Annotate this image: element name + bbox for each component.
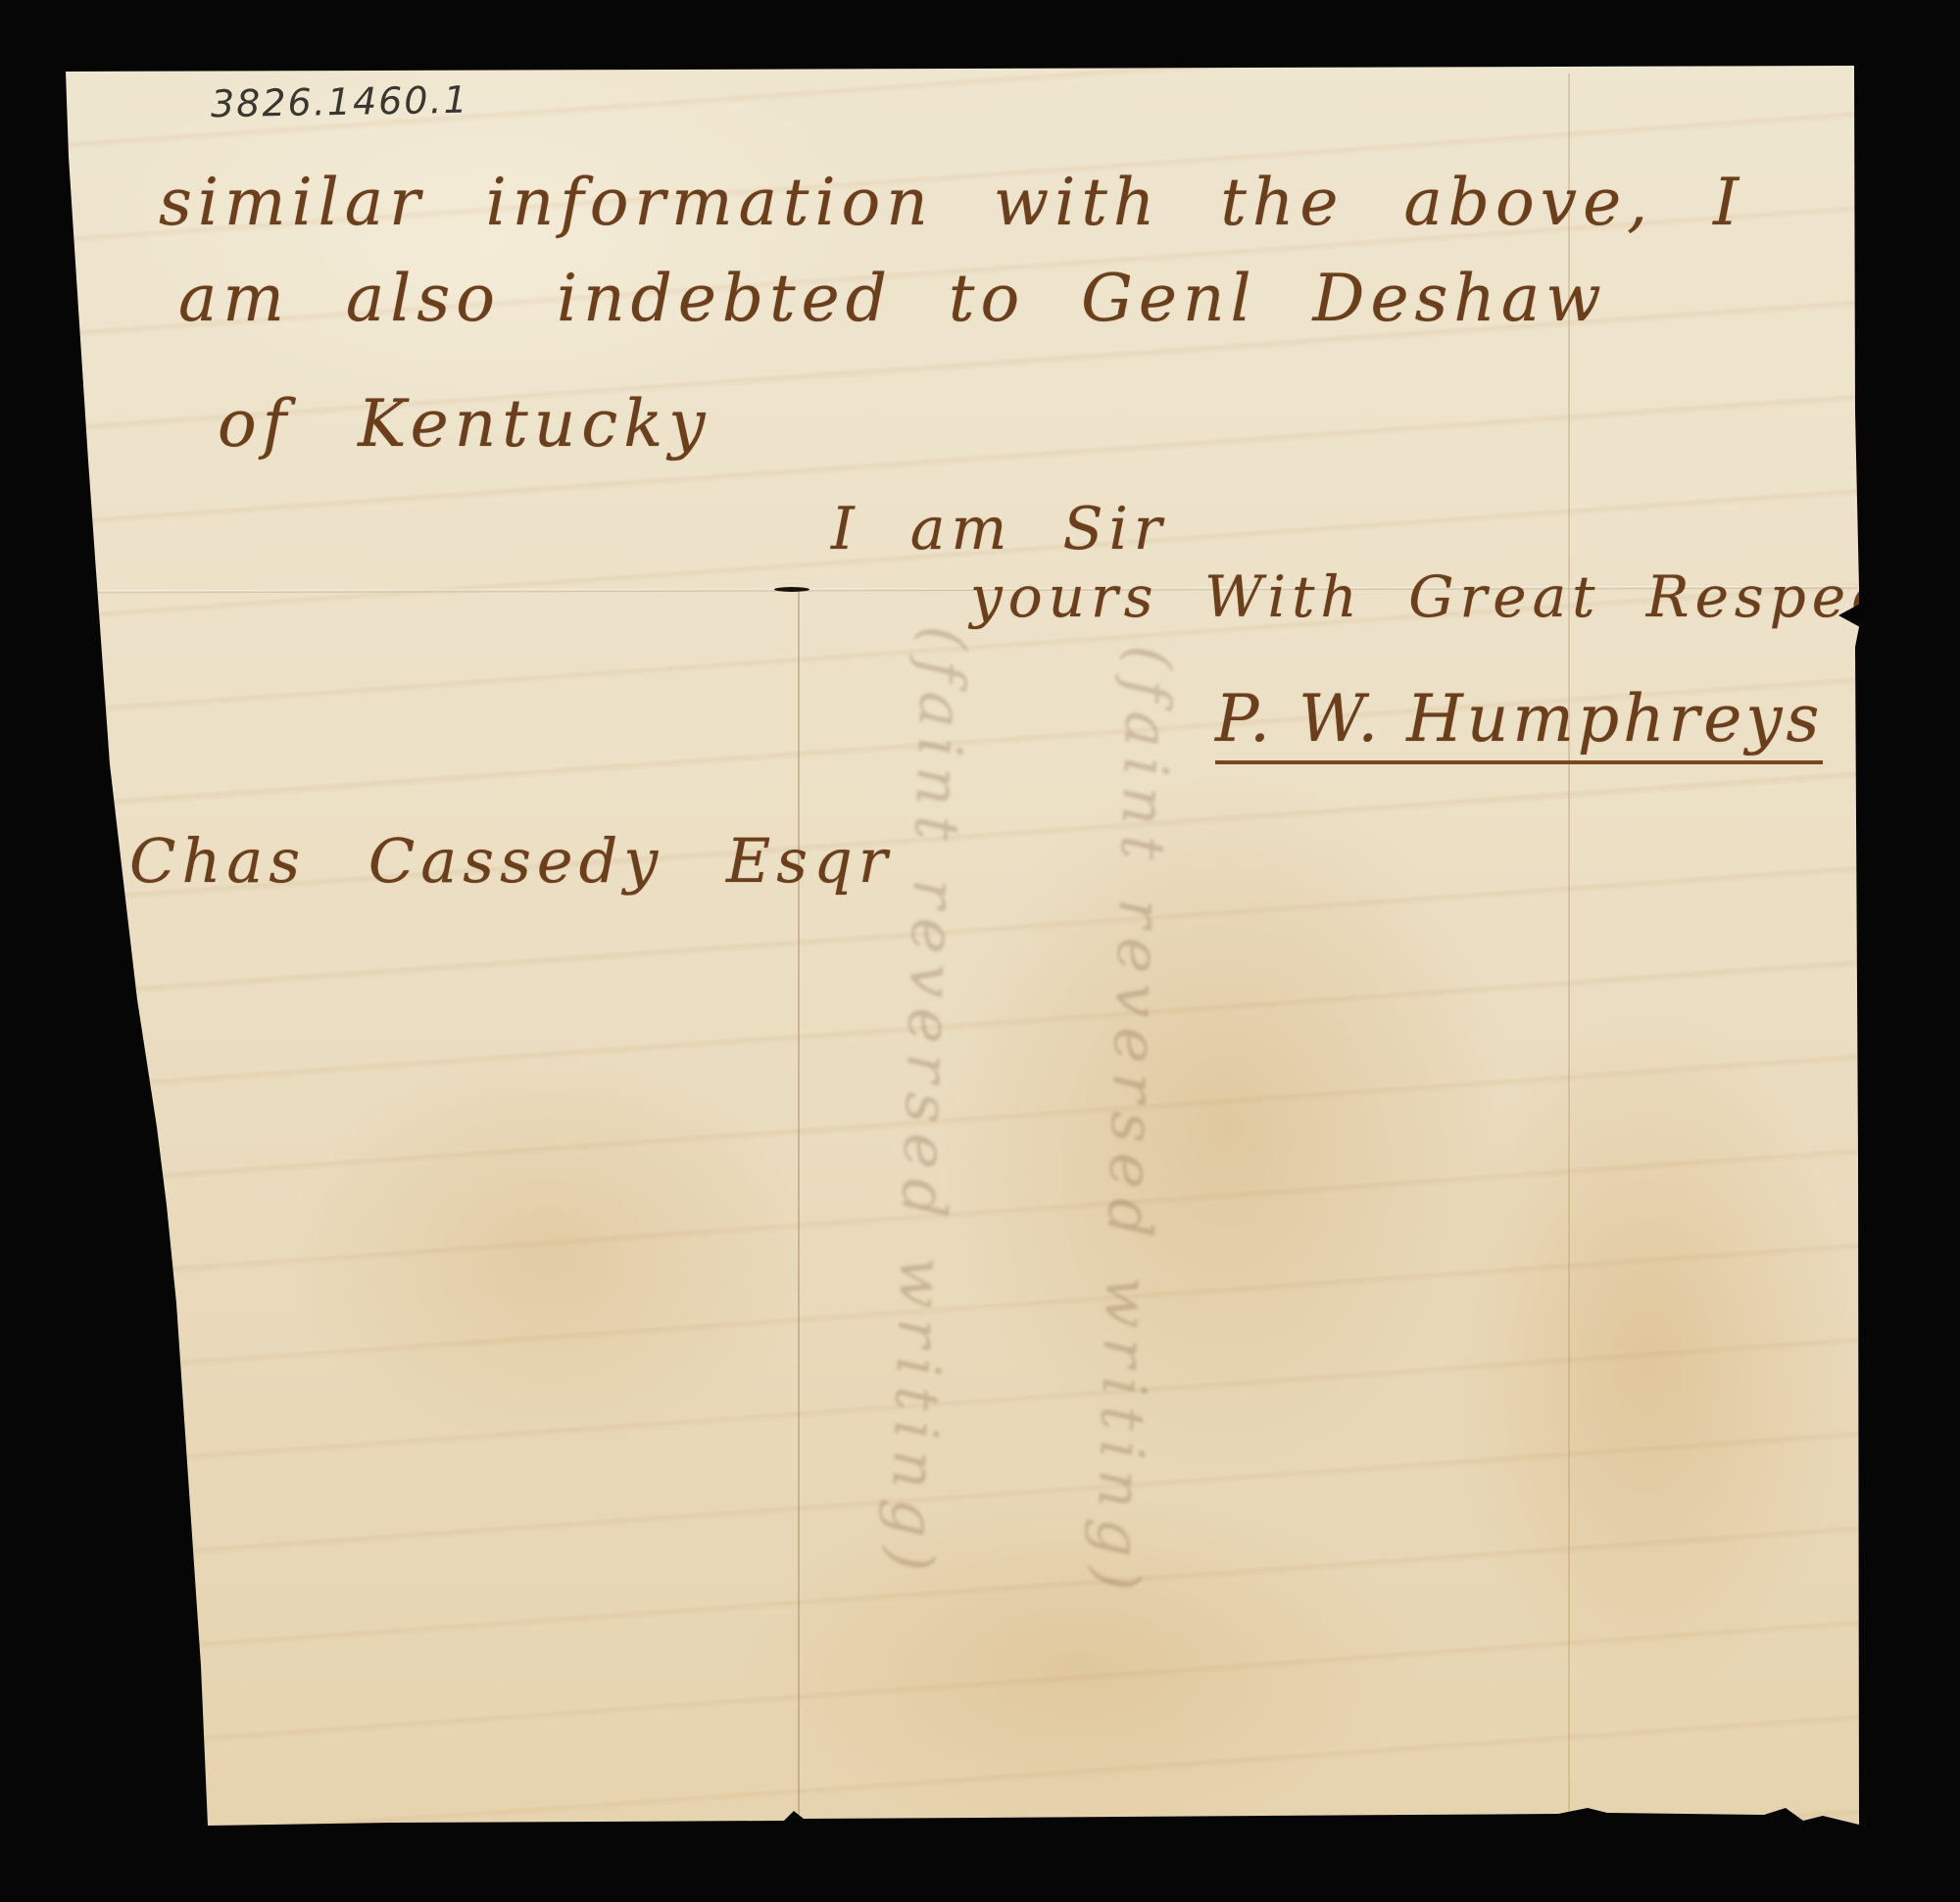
bleed-through-writing: (faint reversed writing) [1081,644,1186,1601]
edge-notch [1838,604,1860,627]
fold-tear [774,587,809,592]
body-line: similar information with the above, I [159,165,1744,240]
signature: P. W. Humphreys [1215,681,1823,764]
closing-salutation: I am Sir [831,495,1168,563]
vertical-fold-line-center [798,588,800,1818]
body-line: am also indebted to Genl Deshaw [178,261,1607,336]
bleed-through-writing: (faint reversed writing) [875,624,980,1582]
letter-sheet: (faint reversed writing) (faint reversed… [0,0,1960,1902]
closing-valediction: yours With Great Respect [970,563,1918,630]
accession-number: 3826.1460.1 [211,78,469,126]
body-line: of Kentucky [218,386,711,462]
addressee: Chas Cassedy Esqr [129,825,893,897]
scan-background: (faint reversed writing) (faint reversed… [0,0,1960,1902]
